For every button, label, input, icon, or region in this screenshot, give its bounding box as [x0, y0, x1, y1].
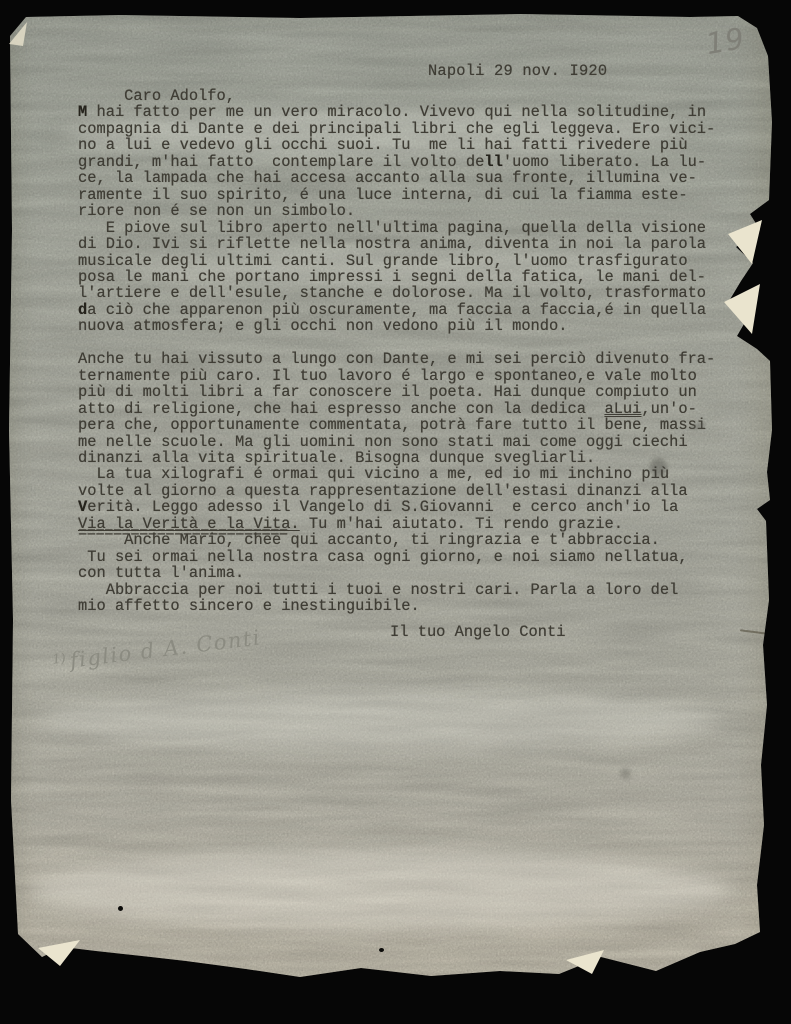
- letter-line: riore non é se non un simbolo.: [78, 203, 758, 219]
- ink-smudge: [620, 768, 631, 779]
- letter-line: compagnia di Dante e dei principali libr…: [78, 121, 758, 137]
- handwritten-note-prefix: 1): [52, 651, 67, 668]
- letter-line: ternamente più caro. Il tuo lavoro é lar…: [78, 368, 758, 384]
- scan-background: { "scan": { "page_number": "19", "handwr…: [0, 0, 791, 1024]
- letter-line: dinanzi alla vita spirituale. Bisogna du…: [78, 450, 758, 466]
- letter-line: nuova atmosfera; e gli occhi non vedono …: [78, 318, 758, 334]
- letter-line: pera che, opportunamente commentata, pot…: [78, 417, 758, 433]
- paper-hole: [243, 977, 249, 983]
- letter-line: grandi, m'hai fatto contemplare il volto…: [78, 154, 758, 170]
- letter-line: ce, la lampada che hai accesa accanto al…: [78, 170, 758, 186]
- letter-line: La tua xilografi é ormai qui vicino a me…: [78, 466, 758, 482]
- letter-line: Caro Adolfo,: [78, 88, 758, 104]
- letter-line: musicale degli ultimi canti. Sul grande …: [78, 253, 758, 269]
- letter-body: Caro Adolfo,M hai fatto per me un vero m…: [78, 88, 758, 614]
- letter-line: volte al giorno a questa rappresentazion…: [78, 483, 758, 499]
- letter-line: con tutta l'anima.: [78, 565, 758, 581]
- paper-light-streak: [30, 850, 730, 930]
- letter-line: atto di religione, che hai espresso anch…: [78, 401, 758, 417]
- date-line: Napoli 29 nov. I920: [428, 62, 607, 80]
- letter-line: l'artiere e dell'esule, stanche e doloro…: [78, 285, 758, 301]
- letter-line: da ciò che apparenon più oscuramente, ma…: [78, 302, 758, 318]
- paper-tear-crack: [740, 629, 768, 634]
- letter-line: Tu sei ormai nella nostra casa ogni gior…: [78, 549, 758, 565]
- letter-page: Napoli 29 nov. I920 Caro Adolfo,M hai fa…: [0, 0, 791, 1024]
- paper-light-streak: [40, 690, 720, 750]
- page-number: 19: [703, 21, 747, 61]
- letter-line: Verità. Leggo adesso il Vangelo di S.Gio…: [78, 499, 758, 515]
- letter-line: no a lui e vedevo gli occhi suoi. Tu me …: [78, 137, 758, 153]
- letter-line: più di molti libri a far conoscere il po…: [78, 384, 758, 400]
- paper-hole: [118, 906, 123, 911]
- letter-line: M hai fatto per me un vero miracolo. Viv…: [78, 104, 758, 120]
- letter-line: di Dio. Ivi si riflette nella nostra ani…: [78, 236, 758, 252]
- paper-hole: [379, 948, 384, 952]
- letter-line: me nelle scuole. Ma gli uomini non sono …: [78, 434, 758, 450]
- letter-line: Abbraccia per noi tutti i tuoi e nostri …: [78, 582, 758, 598]
- letter-line: ramente il suo spirito, é una luce inter…: [78, 187, 758, 203]
- letter-line: Anche tu hai vissuto a lungo con Dante, …: [78, 351, 758, 367]
- letter-line: E piove sul libro aperto nell'ultima pag…: [78, 220, 758, 236]
- letter-line: [78, 335, 758, 351]
- letter-line: posa le mani che portano impressi i segn…: [78, 269, 758, 285]
- letter-line: mio affetto sincero e inestinguibile.: [78, 598, 758, 614]
